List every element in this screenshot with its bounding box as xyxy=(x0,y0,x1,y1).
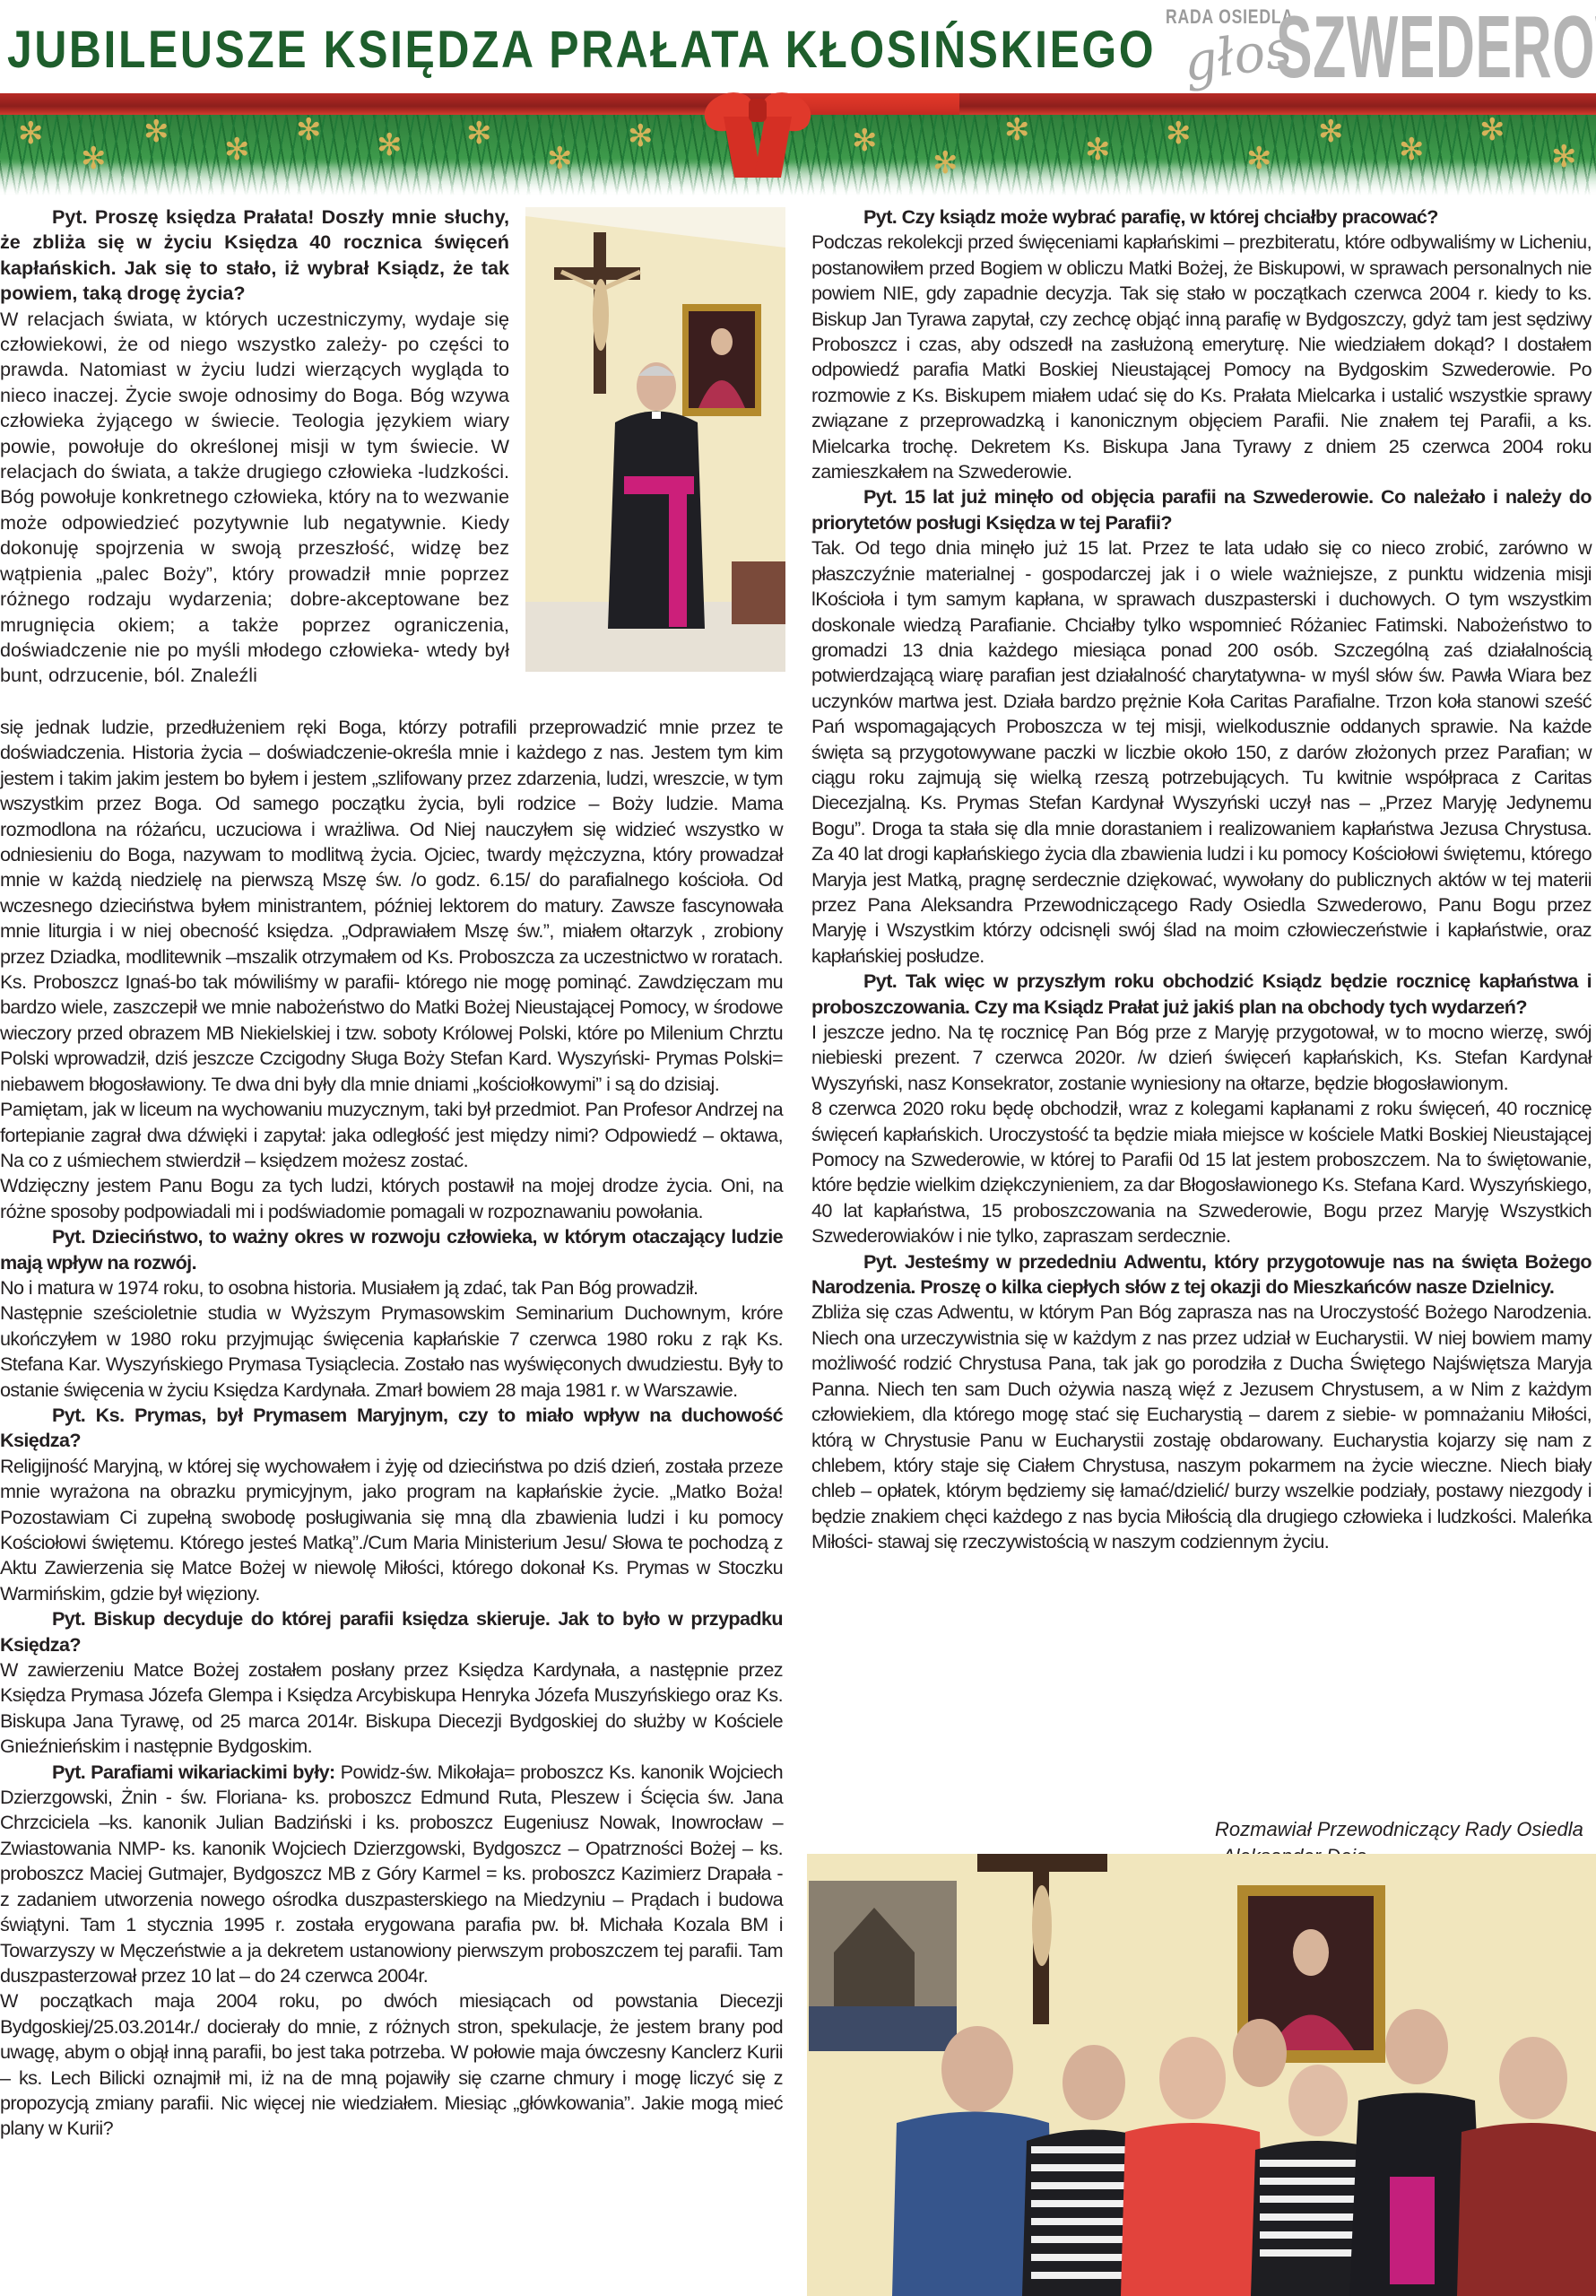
snowflake-icon: ✻ xyxy=(466,118,492,149)
signature-line-1: Rozmawiał Przewodniczący Rady Osiedla xyxy=(1215,1816,1592,1843)
interview-question: Pyt. Czy ksiądz może wybrać parafię, w k… xyxy=(811,204,1592,230)
interview-answer: Wdzięczny jestem Panu Bogu za tych ludzi… xyxy=(0,1173,783,1224)
interview-question: Pyt. Jesteśmy w przededniu Adwentu, któr… xyxy=(811,1249,1592,1300)
snowflake-icon: ✻ xyxy=(81,143,107,174)
interview-answer: I jeszcze jedno. Na tę rocznicę Pan Bóg … xyxy=(811,1020,1592,1096)
interview-answer: Następnie sześcioletnie studia w Wyższym… xyxy=(0,1300,783,1403)
snowflake-icon: ✻ xyxy=(628,121,654,152)
snowflake-icon: ✻ xyxy=(1085,135,1111,165)
priest-photo-illustration xyxy=(525,207,785,672)
snowflake-icon: ✻ xyxy=(296,115,322,145)
snowflake-icon: ✻ xyxy=(1399,135,1425,165)
snowflake-icon: ✻ xyxy=(1479,115,1505,145)
interview-answer: No i matura w 1974 roku, to osobna histo… xyxy=(0,1275,783,1300)
group-photo-illustration xyxy=(807,1854,1596,2296)
interview-answer: się jednak ludzie, przedłużeniem ręki Bo… xyxy=(0,715,783,1097)
page-title: JUBILEUSZE KSIĘDZA PRAŁATA KŁOSIŃSKIEGO xyxy=(7,20,1156,80)
snowflake-icon: ✻ xyxy=(1166,118,1192,149)
snowflake-icon: ✻ xyxy=(377,130,403,161)
snowflake-icon: ✻ xyxy=(852,126,878,156)
snowflake-icon: ✻ xyxy=(932,148,958,178)
snowflake-icon: ✻ xyxy=(1246,143,1272,174)
interview-question: Pyt. 15 lat już minęło od objęcia parafi… xyxy=(811,484,1592,535)
priest-portrait-photo xyxy=(525,207,785,672)
article-column-left-top: Pyt. Proszę księdza Prałata! Doszły mnie… xyxy=(0,204,509,689)
interview-question: Pyt. Dzieciństwo, to ważny okres w rozwo… xyxy=(0,1224,783,1275)
interview-answer: Tak. Od tego dnia minęło już 15 lat. Prz… xyxy=(811,535,1592,969)
snowflake-icon: ✻ xyxy=(224,135,250,165)
article-column-left: się jednak ludzie, przedłużeniem ręki Bo… xyxy=(0,715,783,2142)
newspaper-logo: RADA OSIEDLA głos SZWEDEROWA xyxy=(1161,0,1596,94)
interview-answer: W początkach maja 2004 roku, po dwóch mi… xyxy=(0,1988,783,2141)
snowflake-icon: ✻ xyxy=(1551,142,1577,172)
interview-answer: Religijność Maryjną, w której się wychow… xyxy=(0,1454,783,1606)
interview-answer: W zawierzeniu Matce Bożej zostałem posła… xyxy=(0,1657,783,1760)
interview-answer: Powidz-św. Mikołaja= proboszcz Ks. kanon… xyxy=(0,1761,783,1987)
interview-answer: 8 czerwca 2020 roku będę obchodził, wraz… xyxy=(811,1096,1592,1248)
snowflake-icon: ✻ xyxy=(547,143,573,174)
ribbon-bow-icon xyxy=(704,90,811,179)
interview-question: Pyt. Biskup decyduje do której parafii k… xyxy=(0,1606,783,1657)
interview-answer: W relacjach świata, w których uczestnicz… xyxy=(0,307,509,689)
page-header: JUBILEUSZE KSIĘDZA PRAŁATA KŁOSIŃSKIEGO … xyxy=(0,0,1596,193)
article-column-right: Pyt. Czy ksiądz może wybrać parafię, w k… xyxy=(811,204,1592,1555)
snowflake-icon: ✻ xyxy=(1004,115,1030,145)
question-label: Pyt. Parafiami wikariackimi były: xyxy=(52,1761,335,1783)
interview-answer: Pamiętam, jak w liceum na wychowaniu muz… xyxy=(0,1097,783,1173)
logo-name: SZWEDEROWA xyxy=(1276,0,1596,98)
group-photo xyxy=(807,1854,1596,2296)
interview-answer: Podczas rekolekcji przed święceniami kap… xyxy=(811,230,1592,484)
snowflake-icon: ✻ xyxy=(143,117,169,147)
interview-question: Pyt. Tak więc w przyszłym roku obchodzić… xyxy=(811,969,1592,1020)
snowflake-icon: ✻ xyxy=(1318,117,1344,147)
interview-question-inline: Pyt. Parafiami wikariackimi były: Powidz… xyxy=(0,1760,783,1989)
interview-answer: Zbliża się czas Adwentu, w którym Pan Bó… xyxy=(811,1300,1592,1554)
interview-question: Pyt. Ks. Prymas, był Prymasem Maryjnym, … xyxy=(0,1403,783,1454)
interview-question: Pyt. Proszę księdza Prałata! Doszły mnie… xyxy=(0,204,509,307)
snowflake-icon: ✻ xyxy=(18,118,44,149)
